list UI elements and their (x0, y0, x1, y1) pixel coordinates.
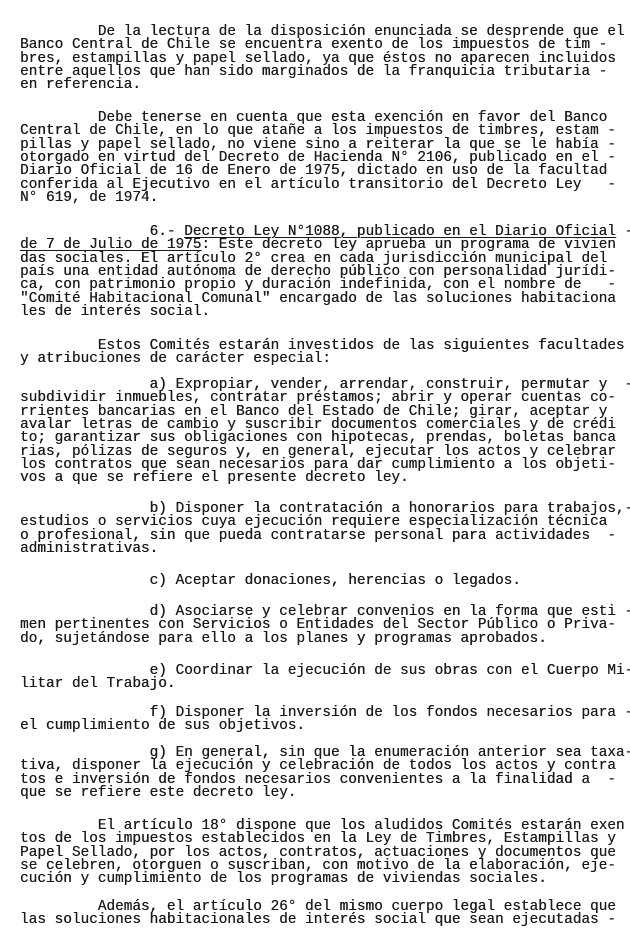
text-line: do, sujetándose para ello a los planes y… (20, 632, 547, 646)
text-line: litar del Trabajo. (20, 677, 175, 691)
text-line: cución y cumplimiento de los programas d… (20, 872, 547, 886)
text-line: en referencia. (20, 78, 141, 92)
text-line: que se refiere este decreto ley. (20, 786, 296, 800)
text-line: las soluciones habitacionales de interés… (20, 913, 616, 927)
text-line: y atribuciones de carácter especial: (20, 352, 331, 366)
text-line: c) Aceptar donaciones, herencias o legad… (20, 574, 521, 588)
text-line: N° 619, de 1974. (20, 191, 158, 205)
document-page: De la lectura de la disposición enunciad… (0, 0, 630, 949)
text-line: el cumplimiento de sus objetivos. (20, 719, 305, 733)
text-line: les de interés social. (20, 305, 210, 319)
text-line: administrativas. (20, 542, 158, 556)
text-line: vos a que se refiere el presente decreto… (20, 471, 409, 485)
